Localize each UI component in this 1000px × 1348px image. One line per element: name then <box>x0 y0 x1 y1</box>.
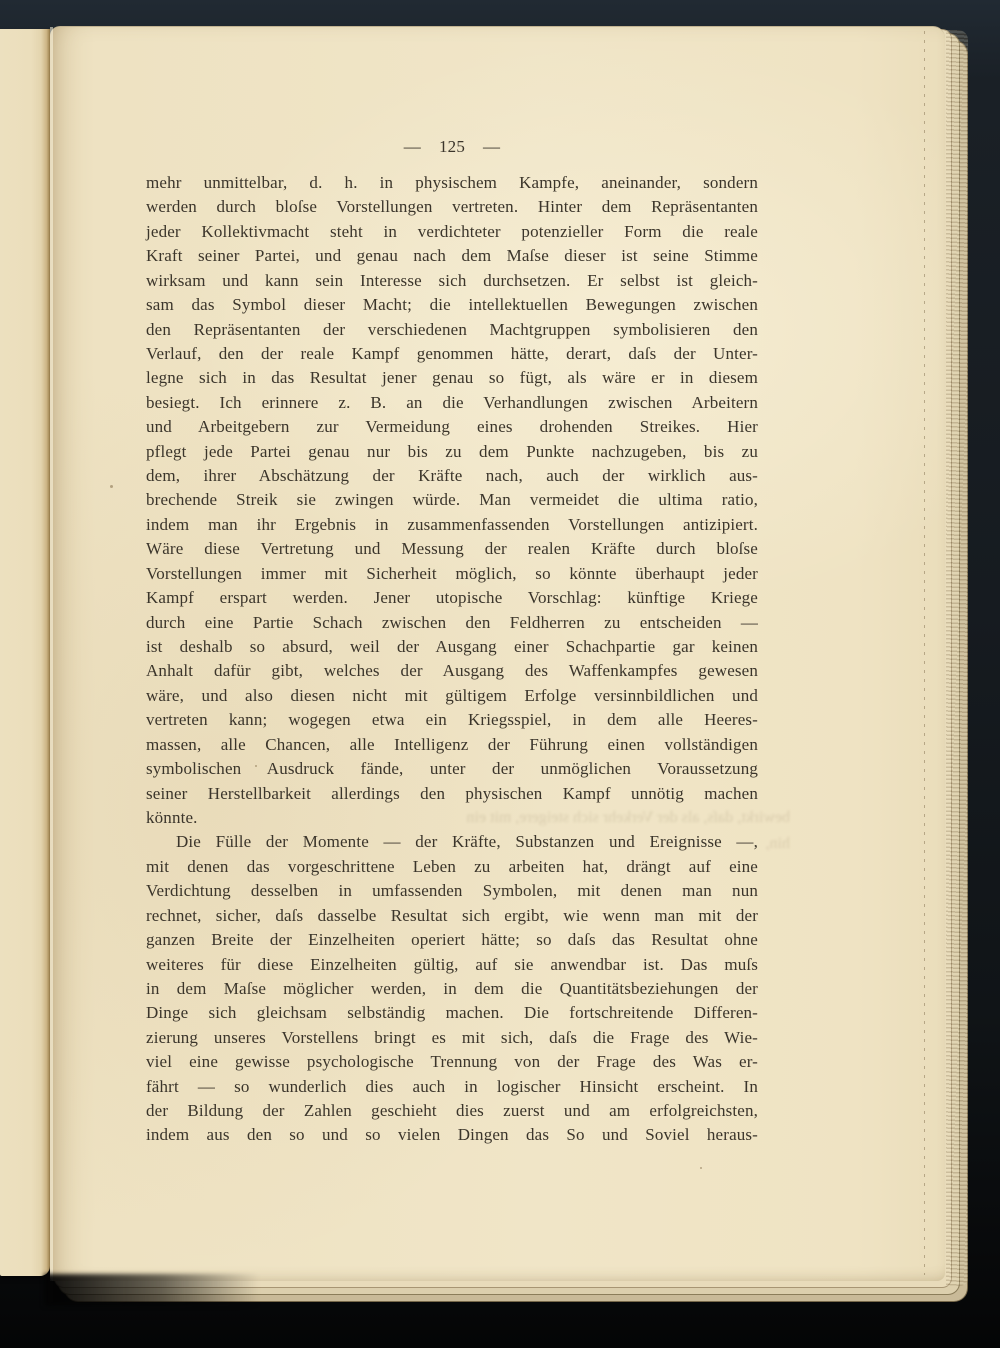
book-page: —125— mehr unmittelbar, d. h. in physisc… <box>50 26 945 1281</box>
page-number-dash-left: — <box>404 137 421 156</box>
text-block: mehr unmittelbar, d. h. in physischem Ka… <box>146 171 758 1148</box>
bottom-gutter-shadow <box>44 1274 259 1306</box>
text-line: Verlauf, den der reale Kampf genommen hä… <box>146 342 758 366</box>
text-line: mehr unmittelbar, d. h. in physischem Ka… <box>146 171 758 195</box>
text-line: wäre, und also diesen nicht mit gültigem… <box>146 684 758 708</box>
text-line: zierung unseres Vorstellens bringt es mi… <box>146 1026 758 1050</box>
text-line: legne sich in das Resultat jener genau s… <box>146 366 758 390</box>
paper-speck <box>110 485 113 488</box>
text-line: Kraft seiner Partei, und genau nach dem … <box>146 244 758 268</box>
text-line: besiegt. Ich erinnere z. B. an die Verha… <box>146 391 758 415</box>
text-line: Kampf erspart werden. Jener utopische Vo… <box>146 586 758 610</box>
text-line: den Repräsentanten der verschiedenen Mac… <box>146 318 758 342</box>
page-number-dash-right: — <box>483 137 500 156</box>
text-line: Verdichtung desselben in umfassenden Sym… <box>146 879 758 903</box>
text-line: weiteres für diese Einzelheiten gültig, … <box>146 953 758 977</box>
text-line: brechende Streik sie zwingen würde. Man … <box>146 488 758 512</box>
text-line: Anhalt dafür gibt, welches der Ausgang d… <box>146 659 758 683</box>
page-number-value: 125 <box>439 137 465 156</box>
text-line: wirksam und kann sein Interesse sich dur… <box>146 269 758 293</box>
text-line: ganzen Breite der Einzelheiten operiert … <box>146 928 758 952</box>
text-line: massen, alle Chancen, alle Intelligenz d… <box>146 733 758 757</box>
text-line: ist deshalb so absurd, weil der Ausgang … <box>146 635 758 659</box>
text-line: werden durch bloſse Vorstellungen vertre… <box>146 195 758 219</box>
text-line: rechnet, sicher, daſs dasselbe Resultat … <box>146 904 758 928</box>
text-line: sam das Symbol dieser Macht; die intelle… <box>146 293 758 317</box>
text-line: und Arbeitgebern zur Vermeidung eines dr… <box>146 415 758 439</box>
text-line: Wäre diese Vertretung und Messung der re… <box>146 537 758 561</box>
text-line: dem, ihrer Abschätzung der Kräfte nach, … <box>146 464 758 488</box>
text-line: Vorstellungen immer mit Sicherheit mögli… <box>146 562 758 586</box>
text-line: Die Fülle der Momente — der Kräfte, Subs… <box>146 830 758 854</box>
text-line: jeder Kollektivmacht steht in verdichtet… <box>146 220 758 244</box>
gutter-facing-page-edge <box>0 29 50 1276</box>
scan-fold-line <box>924 31 925 1275</box>
text-line: mit denen das vorgeschrittene Leben zu a… <box>146 855 758 879</box>
paper-speck <box>700 1167 702 1169</box>
book-scan: —125— mehr unmittelbar, d. h. in physisc… <box>0 0 1000 1348</box>
page-number: —125— <box>146 137 758 157</box>
text-line: pflegt jede Partei genau nur bis zu dem … <box>146 440 758 464</box>
text-line: in dem Maſse möglicher werden, in dem di… <box>146 977 758 1001</box>
text-line: Dinge sich gleichsam selbständig machen.… <box>146 1001 758 1025</box>
text-line: indem man ihr Ergebnis in zusammenfassen… <box>146 513 758 537</box>
text-line: vertreten kann; wogegen etwa ein Kriegss… <box>146 708 758 732</box>
text-line: fährt — so wunderlich dies auch in logis… <box>146 1075 758 1099</box>
text-line: durch eine Partie Schach zwischen den Fe… <box>146 611 758 635</box>
paper-speck <box>255 765 257 767</box>
text-line: könnte. <box>146 806 758 830</box>
text-line: seiner Herstellbarkeit allerdings den ph… <box>146 782 758 806</box>
text-line: der Bildung der Zahlen geschieht dies zu… <box>146 1099 758 1123</box>
text-line: indem aus den so und so vielen Dingen da… <box>146 1123 758 1147</box>
text-line: viel eine gewisse psychologische Trennun… <box>146 1050 758 1074</box>
text-line: symbolischen Ausdruck fände, unter der u… <box>146 757 758 781</box>
